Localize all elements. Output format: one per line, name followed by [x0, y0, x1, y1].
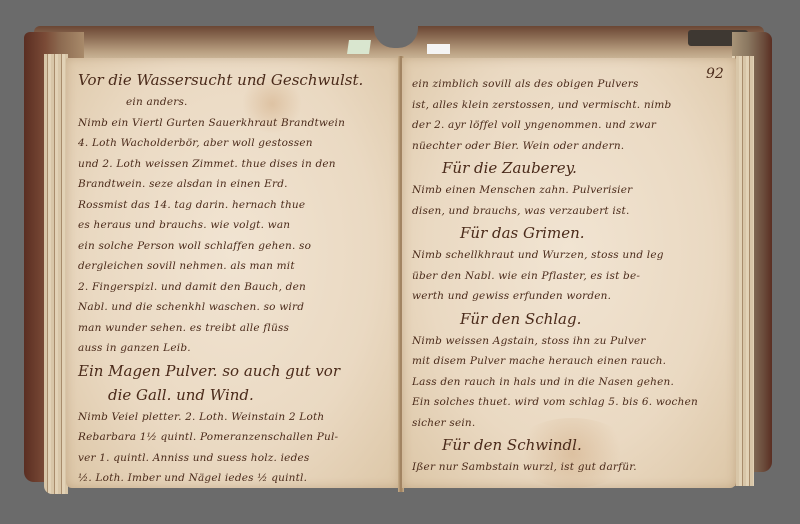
- text-line: ist, alles klein zerstossen, und vermisc…: [412, 95, 698, 116]
- text-line: Brandtwein. seze alsdan in einen Erd.: [78, 174, 363, 195]
- text-line: Nimb Veiel pletter. 2. Loth. Weinstain 2…: [78, 407, 363, 428]
- white-bookmark-slip: [427, 44, 450, 54]
- text-line: werth und gewiss erfunden worden.: [412, 286, 698, 307]
- text-line: dergleichen sovill nehmen. als man mit: [78, 256, 363, 277]
- open-book: Vor die Wassersucht und Geschwulst. ein …: [22, 26, 778, 494]
- text-line: Rebarbara 1½ quintl. Pomeranzenschallen …: [78, 427, 363, 448]
- text-line: ver 1. quintl. Anniss und suess holz. ie…: [78, 448, 363, 469]
- text-line: nüechter oder Bier. Wein oder andern.: [412, 136, 698, 157]
- text-line: mit disem Pulver mache herauch einen rau…: [412, 351, 698, 372]
- green-bookmark-slip: [347, 40, 371, 54]
- heading-magen-pulver-cont: die Gall. und Wind.: [78, 383, 363, 407]
- text-line: Nimb schellkhraut und Wurzen, stoss und …: [412, 245, 698, 266]
- text-line: sicher sein.: [412, 413, 698, 434]
- text-line: Nimb weissen Agstain, stoss ihn zu Pulve…: [412, 331, 698, 352]
- text-line: Ißer nur Sambstain wurzl, ist gut darfür…: [412, 457, 698, 478]
- left-page-text: Vor die Wassersucht und Geschwulst. ein …: [78, 68, 363, 489]
- page-number: 92: [706, 66, 724, 82]
- text-line: ein solche Person woll schlaffen gehen. …: [78, 236, 363, 257]
- text-line: Nimb ein Viertl Gurten Sauerkhraut Brand…: [78, 113, 363, 134]
- right-page-text: ein zimblich sovill als des obigen Pulve…: [412, 74, 698, 478]
- text-line: Lass den rauch in hals und in die Nasen …: [412, 372, 698, 393]
- heading-grimen: Für das Grimen.: [412, 221, 698, 245]
- text-line: über den Nabl. wie ein Pflaster, es ist …: [412, 266, 698, 287]
- subheading-ein-anders: ein anders.: [78, 92, 363, 113]
- text-line: Ein solches thuet. wird vom schlag 5. bi…: [412, 392, 698, 413]
- text-line: Nabl. und die schenkhl waschen. so wird: [78, 297, 363, 318]
- text-line: und 2. Loth weissen Zimmet. thue dises i…: [78, 154, 363, 175]
- text-line: 2. Fingerspizl. und damit den Bauch, den: [78, 277, 363, 298]
- text-line: Rossmist das 14. tag darin. hernach thue: [78, 195, 363, 216]
- text-line: ½. Loth. Imber und Nägel iedes ½ quintl.: [78, 468, 363, 489]
- right-page: 92 ein zimblich sovill als des obigen Pu…: [402, 58, 736, 488]
- text-line: auss in ganzen Leib.: [78, 338, 363, 359]
- text-line: Nimb einen Menschen zahn. Pulverisier: [412, 180, 698, 201]
- left-page-stack: [44, 54, 68, 494]
- text-line: der 2. ayr löffel voll yngenommen. und z…: [412, 115, 698, 136]
- text-line: es heraus und brauchs. wie volgt. wan: [78, 215, 363, 236]
- heading-magen-pulver: Ein Magen Pulver. so auch gut vor: [78, 359, 363, 383]
- text-line: ein zimblich sovill als des obigen Pulve…: [412, 74, 698, 95]
- heading-schwindl: Für den Schwindl.: [412, 433, 698, 457]
- heading-zauberey: Für die Zauberey.: [412, 156, 698, 180]
- heading-wassersucht: Vor die Wassersucht und Geschwulst.: [78, 68, 363, 92]
- text-line: 4. Loth Wacholderbör, aber woll gestosse…: [78, 133, 363, 154]
- text-line: man wunder sehen. es treibt alle flüss: [78, 318, 363, 339]
- text-line: disen, und brauchs, was verzaubert ist.: [412, 201, 698, 222]
- heading-schlag: Für den Schlag.: [412, 307, 698, 331]
- left-page: Vor die Wassersucht und Geschwulst. ein …: [66, 58, 400, 488]
